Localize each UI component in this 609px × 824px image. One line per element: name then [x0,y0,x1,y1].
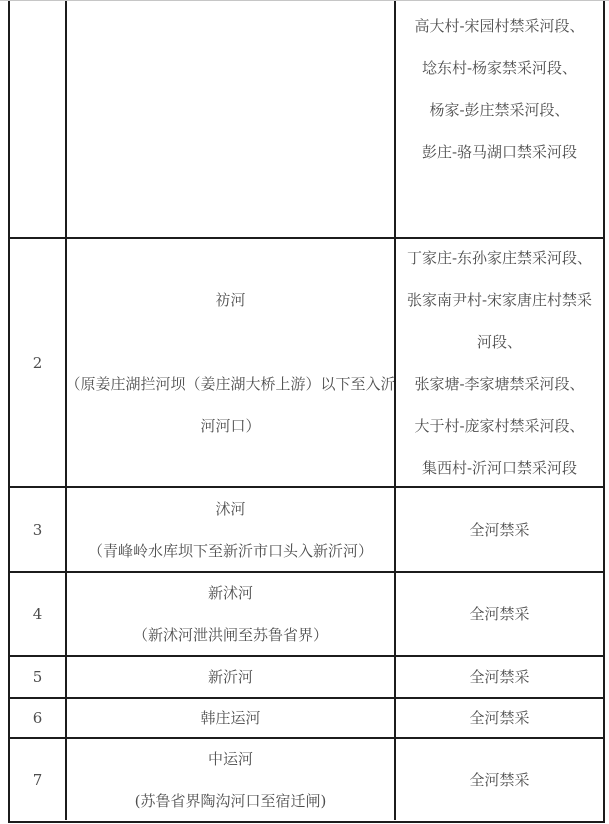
row7-number-cell: 7 [10,737,65,820]
row-number: 6 [33,697,43,737]
row6-river-cell: 韩庄运河 [65,697,394,737]
row4-river-cell: 新沭河 （新沭河泄洪闸至苏鲁省界） [65,571,394,655]
row-number: 3 [33,509,43,551]
section-line: 全河禁采 [469,509,529,551]
river-name: 中运河 [208,738,253,780]
row-number: 2 [33,342,43,384]
river-mining-ban-table: 高大村-宋园村禁采河段、 埝东村-杨家禁采河段、 杨家-彭庄禁采河段、 彭庄-骆… [8,1,605,823]
river-note-line: 河河口） [200,405,260,447]
row4-sections-cell: 全河禁采 [394,571,603,655]
row1-sections-cell: 高大村-宋园村禁采河段、 埝东村-杨家禁采河段、 杨家-彭庄禁采河段、 彭庄-骆… [394,1,603,237]
section-line: 彭庄-骆马湖口禁采河段 [422,131,577,173]
river-note-line: （原姜庄湖拦河坝（姜庄湖大桥上游）以下至入沂 [66,363,395,405]
row5-number-cell: 5 [10,655,65,697]
river-name: 祊河 [215,279,245,321]
row-number: 5 [33,656,43,697]
row6-number-cell: 6 [10,697,65,737]
row3-number-cell: 3 [10,486,65,571]
section-line: 高大村-宋园村禁采河段、 [414,5,584,47]
section-line: 全河禁采 [469,697,529,737]
section-line: 集西村-沂河口禁采河段 [422,447,577,487]
row6-sections-cell: 全河禁采 [394,697,603,737]
row1-number-cell [10,1,65,237]
row5-river-cell: 新沂河 [65,655,394,697]
row3-sections-cell: 全河禁采 [394,486,603,571]
section-line: 张家塘-李家塘禁采河段、 [414,363,584,405]
river-name: 新沂河 [208,656,253,697]
row5-sections-cell: 全河禁采 [394,655,603,697]
document-page: 高大村-宋园村禁采河段、 埝东村-杨家禁采河段、 杨家-彭庄禁采河段、 彭庄-骆… [0,0,609,824]
section-line: 全河禁采 [469,656,529,697]
row4-number-cell: 4 [10,571,65,655]
row7-river-cell: 中运河 (苏鲁省界陶沟河口至宿迁闸) [65,737,394,820]
river-name: 沭河 [215,488,245,530]
section-line: 全河禁采 [469,759,529,801]
section-line: 埝东村-杨家禁采河段、 [422,47,577,89]
section-line: 丁家庄-东孙家庄禁采河段、 [407,237,592,279]
section-line: 张家南尹村-宋家唐庄村禁采 [407,279,592,321]
row-number: 4 [33,593,43,635]
river-note-line: （青峰岭水库坝下至新沂市口头入新沂河） [88,530,373,572]
river-name: 韩庄运河 [200,697,260,737]
row7-sections-cell: 全河禁采 [394,737,603,820]
row3-river-cell: 沭河 （青峰岭水库坝下至新沂市口头入新沂河） [65,486,394,571]
section-line: 河段、 [477,321,522,363]
river-note-line: （新沭河泄洪闸至苏鲁省界） [133,614,328,655]
river-note-line: (苏鲁省界陶沟河口至宿迁闸) [135,780,327,821]
section-line: 全河禁采 [469,593,529,635]
section-line: 杨家-彭庄禁采河段、 [429,89,569,131]
row1-river-cell [65,1,394,237]
section-line: 大于村-庞家村禁采河段、 [414,405,584,447]
row-number: 7 [33,759,43,801]
river-name: 新沭河 [208,572,253,614]
row2-sections-cell: 丁家庄-东孙家庄禁采河段、 张家南尹村-宋家唐庄村禁采 河段、 张家塘-李家塘禁… [394,237,603,486]
row2-river-cell: 祊河 （原姜庄湖拦河坝（姜庄湖大桥上游）以下至入沂 河河口） [65,237,394,486]
row2-number-cell: 2 [10,237,65,486]
